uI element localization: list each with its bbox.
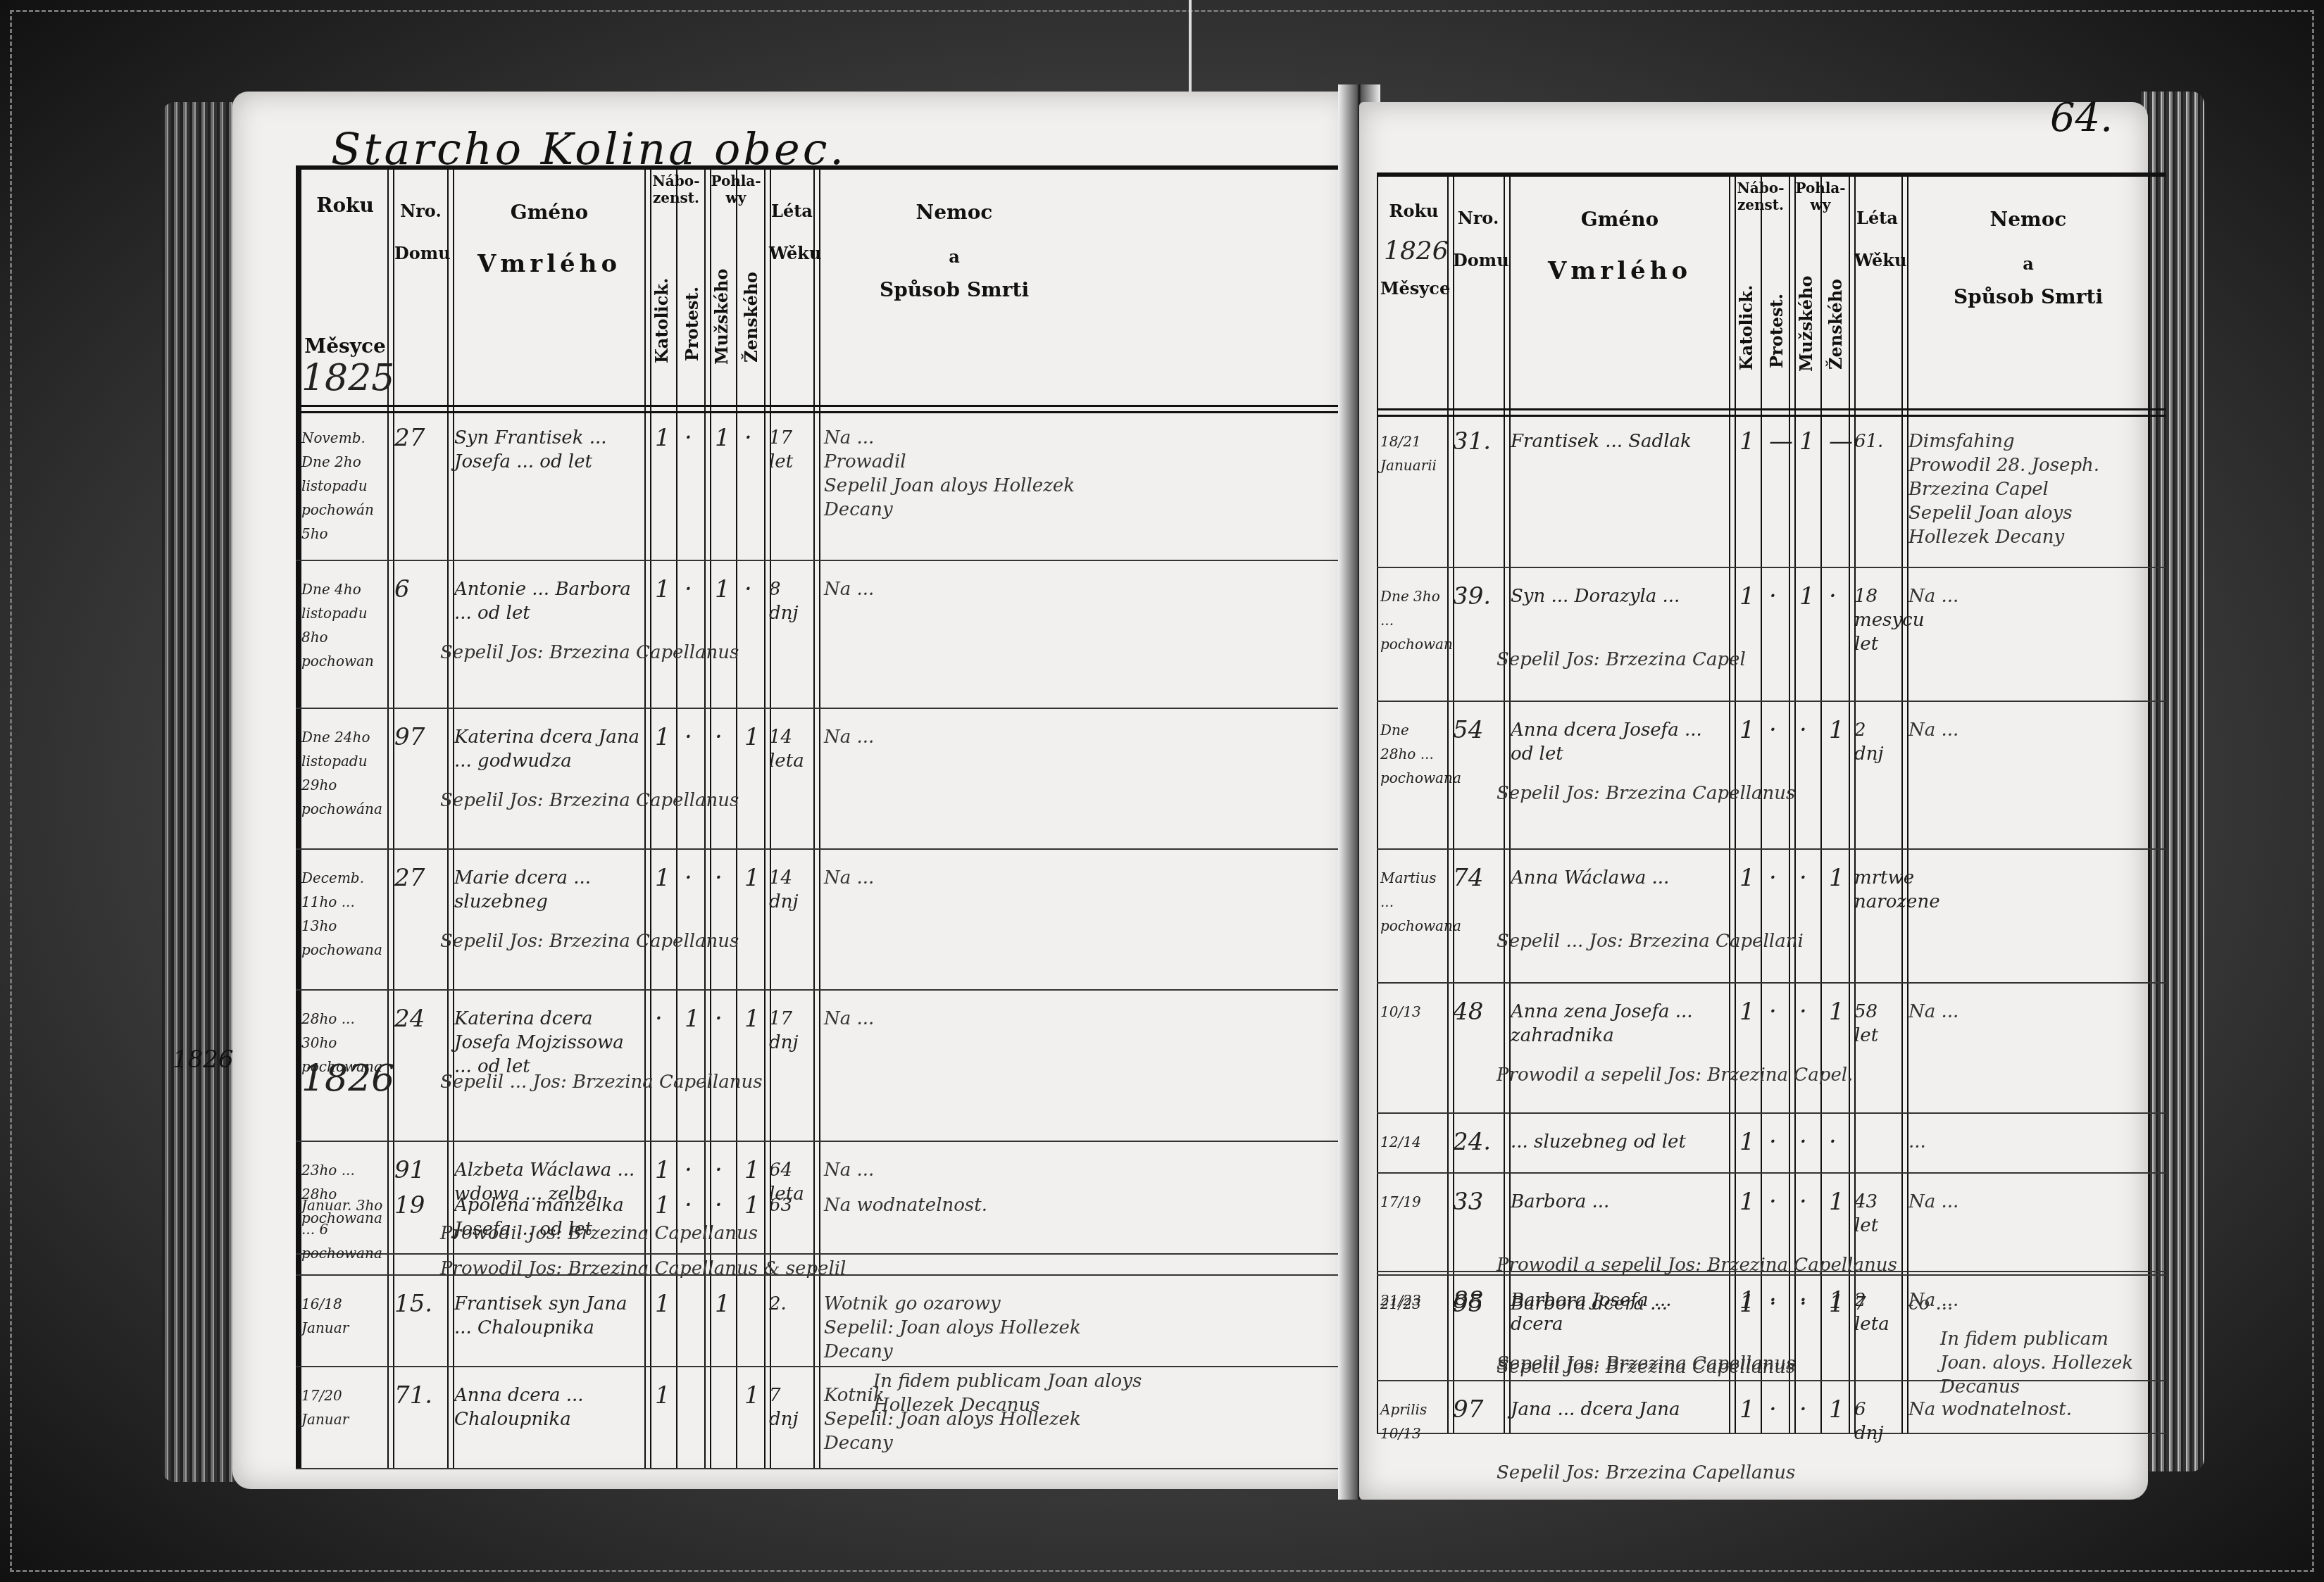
- entry-cause-of-death: ...: [1908, 1130, 2148, 1154]
- entry-deceased-name: Jana ... dcera Jana: [1511, 1398, 1725, 1421]
- entry-burial-note: Sepelil Jos: Brzezina Capel: [1497, 648, 1919, 672]
- entry-catholic-mark: 1: [1739, 1190, 1761, 1214]
- col-header-muzskeho: Mužského: [1796, 243, 1816, 405]
- entry-house-number: 97: [394, 725, 444, 749]
- entry-burial-note: Sepelil Jos: Brzezina Capellanus: [440, 641, 863, 665]
- entry-cause-of-death: Na ...: [1908, 718, 2148, 742]
- entry-burial-note: Sepelil Jos: Brzezina Capellanus: [440, 929, 863, 953]
- entry-protestant-mark: ·: [685, 577, 706, 601]
- entry-date: 10/13: [1380, 1000, 1447, 1024]
- entry-deceased-name: Anna dcera ... Chaloupnika: [454, 1383, 641, 1431]
- entry-protestant-mark: ·: [1769, 866, 1790, 890]
- entry-male-mark: 1: [715, 1292, 736, 1316]
- entry-protestant-mark: ·: [1769, 1130, 1790, 1154]
- col-header-domu: Domu: [1453, 250, 1504, 270]
- entry-deceased-name: Marie dcera ... sluzebneg: [454, 866, 641, 914]
- col-header-nro: Nro.: [1453, 208, 1504, 228]
- entry-female-mark: ·: [744, 426, 766, 450]
- entry-protestant-mark: ·: [1769, 1398, 1790, 1421]
- death-register-table-left: Roku Měsyce 1825 Nro. Domu Gméno Vmrlého…: [296, 165, 1338, 1468]
- footer-signature-right: In fidem publicam Joan. aloys. Hollezek …: [1940, 1327, 2151, 1399]
- header-year-1826: 1826: [1384, 239, 1449, 263]
- entry-catholic-mark: 1: [655, 1193, 676, 1217]
- entry-protestant-mark: ·: [1769, 1292, 1790, 1316]
- entry-catholic-mark: ·: [655, 1007, 676, 1031]
- col-header-a: a: [820, 246, 1088, 267]
- entry-female-mark: ·: [744, 577, 766, 601]
- entry-protestant-mark: ·: [685, 866, 706, 890]
- open-register-book: Starcho Kolina obec. 1826 Roku Měsyce 18…: [162, 84, 2204, 1500]
- entry-female-mark: 1: [744, 1158, 766, 1182]
- entry-male-mark: 1: [1799, 584, 1820, 608]
- entry-burial-note: Sepelil Jos: Brzezina Capellanus: [1497, 1355, 1919, 1379]
- entry-burial-note: Prowodil a sepelil Jos: Brzezina Capella…: [1497, 1253, 1919, 1277]
- entry-male-mark: 1: [715, 577, 736, 601]
- entry-catholic-mark: 1: [1739, 866, 1761, 890]
- left-page: Starcho Kolina obec. 1826 Roku Měsyce 18…: [232, 92, 1352, 1489]
- entry-date: Januar. 3ho ... 6 pochowana: [301, 1193, 385, 1265]
- entry-male-mark: ·: [1799, 1130, 1820, 1154]
- entry-date: 17/20 Januar: [301, 1383, 385, 1431]
- margin-year-note: 1826: [173, 1046, 234, 1074]
- entry-protestant-mark: ·: [1769, 1190, 1790, 1214]
- col-header-vmrleho: Vmrlého: [1511, 257, 1729, 285]
- entry-protestant-mark: ·: [1769, 1000, 1790, 1024]
- entry-house-number: 91: [394, 1158, 444, 1182]
- book-page-edges-left: [162, 102, 239, 1482]
- entry-male-mark: ·: [1799, 718, 1820, 742]
- page-number: 64.: [2050, 95, 2113, 141]
- entry-house-number: 24.: [1453, 1130, 1504, 1154]
- entry-catholic-mark: 1: [655, 725, 676, 749]
- col-header-vmrleho: Vmrlého: [454, 250, 644, 278]
- entry-date: Dne 24ho listopadu 29ho pochowána: [301, 725, 385, 821]
- entry-catholic-mark: 1: [655, 1383, 676, 1407]
- entry-date: 12/14: [1380, 1130, 1447, 1154]
- entry-protestant-mark: ·: [1769, 584, 1790, 608]
- entry-female-mark: ·: [1829, 1130, 1850, 1154]
- entry-female-mark: 1: [744, 1193, 766, 1217]
- entry-burial-note: Sepelil Jos: Brzezina Capellanus: [440, 789, 863, 812]
- entry-house-number: 24: [394, 1007, 444, 1031]
- col-header-weku: Wěku: [769, 243, 815, 263]
- entry-male-mark: ·: [715, 1193, 736, 1217]
- col-header-pohlawy: Pohla-wy: [1792, 180, 1849, 213]
- col-header-domu: Domu: [394, 243, 447, 263]
- entry-date: 18/21 Januarii: [1380, 429, 1447, 477]
- col-header-katolick: Katolick.: [1736, 250, 1756, 405]
- entry-female-mark: 1: [744, 1007, 766, 1031]
- entry-female-mark: ·: [1829, 584, 1850, 608]
- col-header-spusob-smrti: Spůsob Smrti: [1908, 285, 2148, 308]
- entry-burial-note: Prowodil Jos: Brzezina Capellanus & sepe…: [440, 1257, 863, 1281]
- entry-deceased-name: Barbora ...: [1511, 1190, 1725, 1214]
- entry-house-number: 48: [1453, 1000, 1504, 1024]
- entry-female-mark: —: [1829, 429, 1850, 453]
- entry-deceased-name: Frantisek syn Jana ... Chaloupnika: [454, 1292, 641, 1340]
- entry-catholic-mark: 1: [655, 866, 676, 890]
- col-header-gmeno: Gméno: [1511, 208, 1729, 231]
- entry-protestant-mark: —: [1769, 429, 1790, 453]
- entry-cause-of-death: Na ...: [1908, 1190, 2148, 1214]
- entry-deceased-name: Antonie ... Barbora ... od let: [454, 577, 641, 625]
- entry-catholic-mark: 1: [1739, 1398, 1761, 1421]
- entry-age: mrtwe narozene: [1854, 866, 1900, 914]
- entry-female-mark: 1: [744, 725, 766, 749]
- entry-age: 61.: [1854, 429, 1900, 453]
- entry-age: 6 dnj: [1854, 1398, 1900, 1445]
- entry-date: Dne 3ho ... pochowan: [1380, 584, 1447, 656]
- entry-age: 14 leta: [769, 725, 815, 773]
- entry-catholic-mark: 1: [1739, 1000, 1761, 1024]
- entry-date: 17/19: [1380, 1190, 1447, 1214]
- entry-female-mark: 1: [744, 866, 766, 890]
- entry-deceased-name: Frantisek ... Sadlak: [1511, 429, 1725, 453]
- entry-deceased-name: Katerina dcera Josefa Mojzissowa ... od …: [454, 1007, 641, 1079]
- col-header-nemoc: Nemoc: [1908, 208, 2148, 231]
- entry-house-number: 95: [1453, 1292, 1504, 1316]
- entry-deceased-name: Syn Frantisek ... Josefa ... od let: [454, 426, 641, 474]
- entry-female-mark: 1: [1829, 1000, 1850, 1024]
- entry-male-mark: ·: [1799, 1398, 1820, 1421]
- entry-cause-of-death: Na ...: [824, 577, 1092, 601]
- entry-date: 16/18 Januar: [301, 1292, 385, 1340]
- entry-male-mark: ·: [715, 725, 736, 749]
- entry-deceased-name: Anna Wáclawa ...: [1511, 866, 1725, 890]
- entry-burial-note: Sepelil ... Jos: Brzezina Capellanus: [440, 1070, 863, 1094]
- entry-male-mark: ·: [715, 1007, 736, 1031]
- entry-catholic-mark: 1: [1739, 718, 1761, 742]
- entry-protestant-mark: ·: [685, 1158, 706, 1182]
- col-header-muzskeho: Mužského: [711, 236, 732, 398]
- entry-male-mark: ·: [715, 1158, 736, 1182]
- year-1826: 1826: [301, 1067, 394, 1091]
- entry-age: 58 let: [1854, 1000, 1900, 1048]
- entry-female-mark: 1: [1829, 866, 1850, 890]
- entry-male-mark: ·: [1799, 1000, 1820, 1024]
- entry-protestant-mark: ·: [685, 426, 706, 450]
- entry-burial-note: Sepelil ... Jos: Brzezina Capellani: [1497, 929, 1919, 953]
- entry-male-mark: 1: [715, 426, 736, 450]
- entry-burial-note: Prowodil a sepelil Jos: Brzezina Capel.: [1497, 1063, 1919, 1087]
- entry-age: 7: [1854, 1292, 1900, 1316]
- entry-deceased-name: Katerina dcera Jana ... godwudza: [454, 725, 641, 773]
- year-1825: 1825: [301, 366, 394, 390]
- entry-deceased-name: Anna zena Josefa ... zahradnika: [1511, 1000, 1725, 1048]
- entry-cause-of-death: Na wodnatelnost.: [824, 1193, 1092, 1217]
- entry-age: 43 let: [1854, 1190, 1900, 1238]
- right-page: 64. Roku 1826 Měsyce Nro. Domu Gméno Vmr…: [1359, 102, 2148, 1500]
- entry-cause-of-death: Na wodnatelnost.: [1908, 1398, 2148, 1421]
- entry-date: Martius ... pochowana: [1380, 866, 1447, 938]
- death-register-table-right: Roku 1826 Měsyce Nro. Domu Gméno Vmrlého…: [1377, 172, 2166, 1433]
- col-header-leta: Léta: [769, 201, 815, 221]
- col-header-protest: Protest.: [682, 250, 702, 398]
- col-header-weku: Wěku: [1854, 250, 1900, 270]
- entry-date: Aprilis 10/13: [1380, 1398, 1447, 1445]
- entry-date: Dne 28ho ... pochowana: [1380, 718, 1447, 790]
- entry-house-number: 39.: [1453, 584, 1504, 608]
- entry-house-number: 27: [394, 426, 444, 450]
- entry-cause-of-death: Na ... Prowadil Sepelil Joan aloys Holle…: [824, 426, 1092, 522]
- entry-age: 8 dnj: [769, 577, 815, 625]
- entry-male-mark: ·: [1799, 1190, 1820, 1214]
- col-header-zenskeho: Ženského: [1825, 243, 1846, 405]
- entry-age: 14 dnj: [769, 866, 815, 914]
- entry-protestant-mark: 1: [685, 1007, 706, 1031]
- entry-age: 7 dnj: [769, 1383, 815, 1431]
- entry-male-mark: 1: [1799, 429, 1820, 453]
- entry-catholic-mark: 1: [655, 577, 676, 601]
- entry-protestant-mark: ·: [1769, 718, 1790, 742]
- entry-date: Dne 4ho listopadu 8ho pochowan: [301, 577, 385, 673]
- entry-age: 17 dnj: [769, 1007, 815, 1055]
- col-header-a: a: [1908, 253, 2148, 274]
- entry-female-mark: 1: [744, 1383, 766, 1407]
- entry-catholic-mark: 1: [655, 426, 676, 450]
- col-header-mesyce: Měsyce: [1380, 278, 1447, 299]
- entry-house-number: 15.: [394, 1292, 444, 1316]
- scan-crease-mark: [1189, 0, 1192, 92]
- entry-deceased-name: Anna dcera Josefa ... od let: [1511, 718, 1725, 766]
- entry-house-number: 33: [1453, 1190, 1504, 1214]
- entry-age: 17 let: [769, 426, 815, 474]
- entry-catholic-mark: 1: [1739, 1130, 1761, 1154]
- entry-cause-of-death: co ...: [1908, 1292, 2148, 1316]
- col-header-gmeno: Gméno: [454, 201, 644, 224]
- entry-catholic-mark: 1: [1739, 1292, 1761, 1316]
- entry-protestant-mark: ·: [685, 725, 706, 749]
- col-header-nro: Nro.: [394, 201, 447, 221]
- entry-house-number: 6: [394, 577, 444, 601]
- entry-age: 18 mesycu let: [1854, 584, 1900, 656]
- entry-female-mark: 1: [1829, 1398, 1850, 1421]
- entry-age: 63: [769, 1193, 815, 1217]
- entry-house-number: 71.: [394, 1383, 444, 1407]
- entry-cause-of-death: Na ...: [824, 1007, 1092, 1031]
- entry-cause-of-death: Na ...: [824, 1158, 1092, 1182]
- entry-catholic-mark: 1: [1739, 584, 1761, 608]
- entry-cause-of-death: Na ...: [1908, 1000, 2148, 1024]
- entry-female-mark: 1: [1829, 1190, 1850, 1214]
- entry-house-number: 19: [394, 1193, 444, 1217]
- entry-catholic-mark: 1: [1739, 429, 1761, 453]
- entry-burial-note: Sepelil Jos: Brzezina Capellanus: [1497, 1461, 1919, 1485]
- entry-female-mark: 1: [1829, 718, 1850, 742]
- entry-house-number: 31.: [1453, 429, 1504, 453]
- col-header-roku: Roku: [303, 194, 387, 217]
- entry-deceased-name: Apolena manzelka Josefa ... od let: [454, 1193, 641, 1241]
- col-header-nemoc: Nemoc: [820, 201, 1088, 224]
- entry-deceased-name: ... sluzebneg od let: [1511, 1130, 1725, 1154]
- entry-female-mark: 1: [1829, 1292, 1850, 1316]
- col-header-protest: Protest.: [1766, 257, 1787, 405]
- col-header-nabozenstvi: Nábo-zenst.: [648, 172, 704, 206]
- entry-deceased-name: Barbora dcera ...: [1511, 1292, 1725, 1316]
- entry-age: 2.: [769, 1292, 815, 1316]
- col-header-leta: Léta: [1854, 208, 1900, 228]
- entry-date: Decemb. 11ho ... 13ho pochowana: [301, 866, 385, 962]
- col-header-katolick: Katolick.: [651, 243, 672, 398]
- entry-date: 21/23: [1380, 1292, 1447, 1316]
- entry-date: Novemb. Dne 2ho listopadu pochowán 5ho: [301, 426, 385, 546]
- entry-house-number: 74: [1453, 866, 1504, 890]
- entry-house-number: 54: [1453, 718, 1504, 742]
- footer-signature-left: In fidem publicam Joan aloys Hollezek De…: [873, 1369, 1155, 1417]
- col-header-mesyce: Měsyce: [303, 334, 387, 358]
- col-header-zenskeho: Ženského: [741, 236, 761, 398]
- col-header-nabozenstvi: Nábo-zenst.: [1732, 180, 1789, 213]
- entry-age: 2 dnj: [1854, 718, 1900, 766]
- col-header-roku: Roku: [1380, 201, 1447, 221]
- col-header-spusob-smrti: Spůsob Smrti: [820, 278, 1088, 301]
- entry-catholic-mark: 1: [655, 1292, 676, 1316]
- entry-house-number: 97: [1453, 1398, 1504, 1421]
- entry-cause-of-death: Dimsfahing Prowodil 28. Joseph. Brzezina…: [1908, 429, 2148, 549]
- entry-male-mark: ·: [1799, 1292, 1820, 1316]
- entry-cause-of-death: Na ...: [1908, 584, 2148, 608]
- entry-cause-of-death: Na ...: [824, 866, 1092, 890]
- entry-cause-of-death: Wotnik go ozarowy Sepelil: Joan aloys Ho…: [824, 1292, 1092, 1364]
- col-header-pohlawy: Pohla-wy: [708, 172, 764, 206]
- entry-male-mark: ·: [1799, 866, 1820, 890]
- entry-house-number: 27: [394, 866, 444, 890]
- entry-burial-note: Sepelil Jos: Brzezina Capellanus: [1497, 781, 1919, 805]
- entry-cause-of-death: Na ...: [824, 725, 1092, 749]
- entry-deceased-name: Syn ... Dorazyla ...: [1511, 584, 1725, 608]
- entry-male-mark: ·: [715, 866, 736, 890]
- entry-protestant-mark: ·: [685, 1193, 706, 1217]
- entry-catholic-mark: 1: [655, 1158, 676, 1182]
